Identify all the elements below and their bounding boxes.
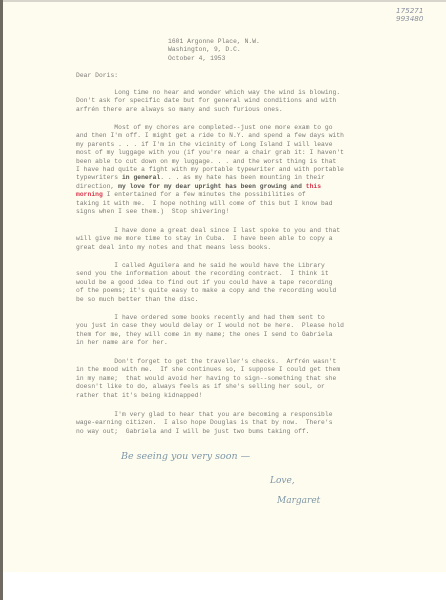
p2-line-6: I have had quite a fight with my portabl…	[76, 166, 344, 174]
catalog-number: 175271 993480	[396, 7, 423, 23]
catalog-number-line-2: 993480	[396, 15, 423, 23]
p5-line-1: I have ordered some books recently and h…	[76, 314, 344, 322]
p2-line-7-start: typewriters	[76, 174, 122, 181]
p6-line-1: Don't forget to get the traveller's chec…	[76, 358, 340, 366]
page-left-edge	[0, 0, 3, 600]
emphasis-in-general: in general	[122, 174, 160, 181]
paragraph-5: I have ordered some books recently and h…	[76, 314, 344, 348]
red-text-this: this	[306, 183, 321, 190]
p6-line-4: doesn't like to do, always feels as if s…	[76, 383, 340, 391]
p7-line-3: no way out; Gabriela and I will be just …	[76, 428, 333, 436]
paragraph-1: Long time no hear and wonder which way t…	[76, 89, 340, 114]
p2-line-5: been able to cut down on my luggage. . .…	[76, 158, 344, 166]
paragraph-6: Don't forget to get the traveller's chec…	[76, 358, 340, 400]
address-line-1: 1601 Argonne Place, N.W.	[168, 38, 260, 46]
p2-line-2: and then I'm off. I might get a ride to …	[76, 132, 344, 140]
p2-line-7: typewriters in general. . . as my hate h…	[76, 174, 344, 182]
p2-line-9-end: I entertained for a few minutes the poss…	[103, 191, 306, 198]
p2-line-7-end: . . . as my hate has been mounting in th…	[160, 174, 325, 181]
handwritten-signature: Margaret	[277, 496, 320, 506]
p6-line-5: rather that it's being kidnapped!	[76, 392, 340, 400]
p3-line-2: will give me more time to stay in Cuba. …	[76, 235, 340, 243]
p6-line-3: in my name; that would avoid her having …	[76, 375, 340, 383]
p2-line-4: most of my luggage with you (if you're n…	[76, 149, 344, 157]
p1-line-3: arfrén there are always so many and such…	[76, 106, 340, 114]
paragraph-7: I'm very glad to hear that you are becom…	[76, 411, 333, 436]
red-text-morning: morning	[76, 191, 103, 198]
p2-line-11: signs when I see them.) Stop shivering!	[76, 208, 344, 216]
handwritten-postscript: Be seeing you very soon —	[121, 451, 250, 462]
p5-line-3: them for me, they will come in my name; …	[76, 331, 344, 339]
p1-line-2: Don't ask for specific date but for gene…	[76, 97, 340, 105]
p5-line-4: in her name are for her.	[76, 339, 344, 347]
sender-address-block: 1601 Argonne Place, N.W.Washington, 9, D…	[168, 38, 260, 63]
p4-line-1: I called Aguilera and he said he would h…	[76, 262, 336, 270]
p5-line-2: you just in case they would delay or I w…	[76, 322, 344, 330]
paragraph-2: Most of my chores are completed--just on…	[76, 124, 344, 216]
salutation: Dear Doris:	[76, 72, 118, 80]
letter-date: October 4, 1953	[168, 55, 260, 63]
p2-line-8-start: direction,	[76, 183, 118, 190]
p7-line-2: wage-earning citizen. I also hope Dougla…	[76, 419, 333, 427]
p4-line-2: send you the information about the recor…	[76, 270, 336, 278]
p4-line-4: of the poems; it's quite easy to make a …	[76, 287, 336, 295]
paragraph-4: I called Aguilera and he said he would h…	[76, 262, 336, 304]
p6-line-2: in the mood with me. If she continues so…	[76, 366, 340, 374]
p2-line-1: Most of my chores are completed--just on…	[76, 124, 344, 132]
p2-line-3: my parents . . . if I'm in the vicinity …	[76, 141, 344, 149]
handwritten-closing: Love,	[270, 476, 295, 486]
page-top-edge	[0, 0, 446, 2]
p2-line-9: morning I entertained for a few minutes …	[76, 191, 344, 199]
p2-line-8: direction, my love for my dear upright h…	[76, 183, 344, 191]
p4-line-5: be so much better than the disc.	[76, 296, 336, 304]
p2-line-10: taking it with me. I hope nothing will c…	[76, 200, 344, 208]
address-line-2: Washington, 9, D.C.	[168, 46, 260, 54]
p3-line-1: I have done a great deal since I last sp…	[76, 227, 340, 235]
p7-line-1: I'm very glad to hear that you are becom…	[76, 411, 333, 419]
paragraph-3: I have done a great deal since I last sp…	[76, 227, 340, 252]
p1-line-1: Long time no hear and wonder which way t…	[76, 89, 340, 97]
p3-line-3: great deal into my notes and that means …	[76, 244, 340, 252]
emphasis-my-love: my love for my dear upright has been gro…	[118, 183, 306, 190]
p4-line-3: would be a good idea to find out if you …	[76, 279, 336, 287]
